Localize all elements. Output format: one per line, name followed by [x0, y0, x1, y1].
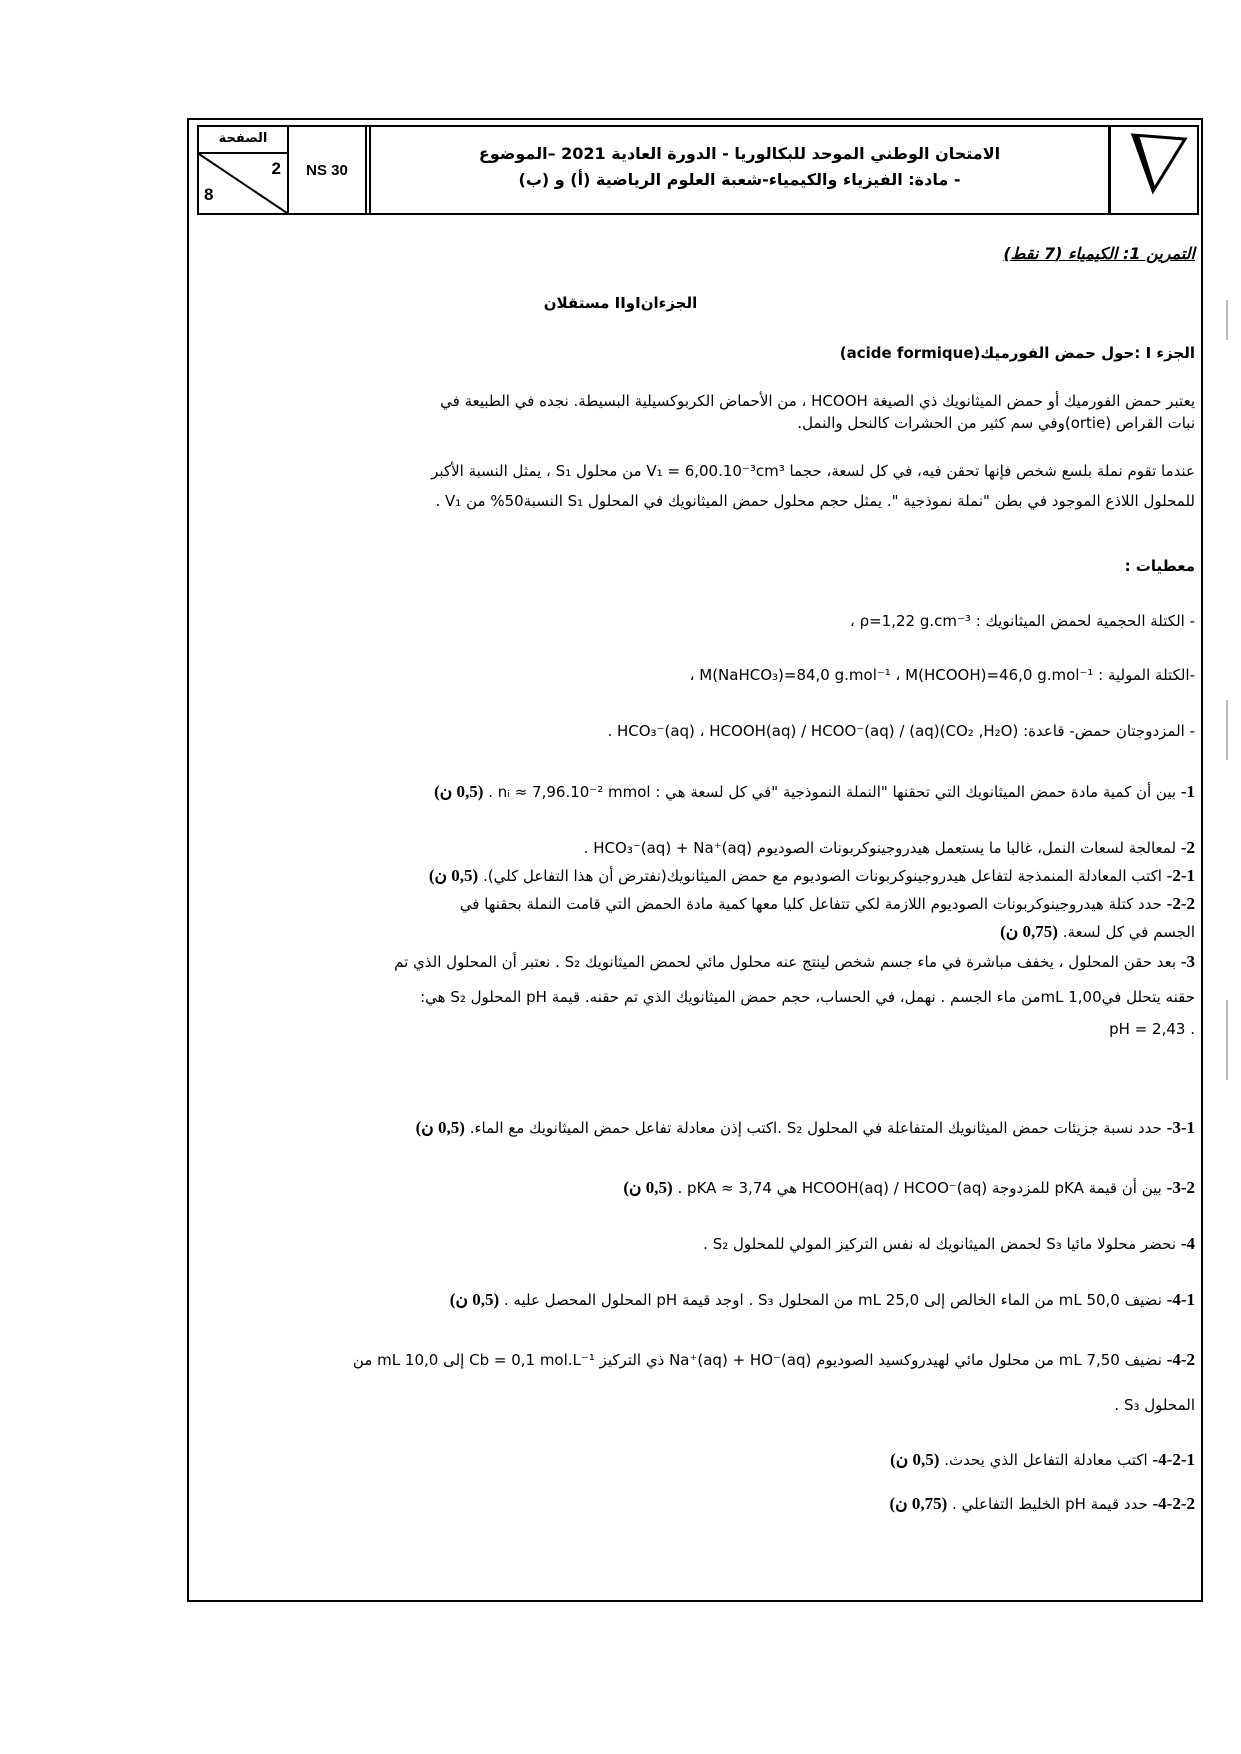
question-3-cont: حقنه يتحلل في1,00 mLمن ماء الجسم . نهمل،… [212, 988, 1195, 1006]
exam-title-line1: الامتحان الوطني الموحد للبكالوريا - الدو… [371, 141, 1108, 167]
points-badge: (0,5 ن) [416, 1118, 465, 1137]
exam-title-line2: - مادة: الفيزياء والكيمياء-شعبة العلوم ا… [371, 167, 1108, 193]
logo-box [1117, 127, 1197, 213]
question-2-2-cont: الجسم في كل لسعة. (0,75 ن) [212, 922, 1195, 942]
ant-paragraph-line-1: عندما تقوم نملة بلسع شخص فإنها تحقن فيه،… [212, 462, 1195, 480]
scan-artifact [1226, 1000, 1228, 1080]
points-badge: (0,5 ن) [623, 1178, 672, 1197]
intro-line-2: نبات القراص (ortie)وفي سم كثير من الحشرا… [212, 414, 1195, 432]
current-page-number: 2 [272, 159, 281, 179]
points-badge: (0,5 ن) [890, 1450, 939, 1469]
page-number-box: الصفحة 2 8 [199, 127, 289, 213]
question-2-1: 2-1- اكتب المعادلة المنمذجة لتفاعل هيدرو… [212, 866, 1195, 886]
scan-artifact [1226, 300, 1228, 340]
points-badge: (0,75 ن) [889, 1494, 947, 1513]
part1-title: الجزء I :حول حمض الفورميك(acide formique… [212, 344, 1195, 362]
data-acid-base-pairs: - المزدوجتان حمض- قاعدة: (CO₂ ,H₂O)(aq) … [212, 722, 1195, 740]
data-density: - الكتلة الحجمية لحمض الميثانويك : ρ=1,2… [212, 612, 1195, 630]
points-badge: (0,75 ن) [1000, 922, 1058, 941]
question-4-2-1: 4-2-1- اكتب معادلة التفاعل الذي يحدث. (0… [212, 1450, 1195, 1470]
page-label: الصفحة [199, 127, 287, 154]
question-4-2-2: 4-2-2- حدد قيمة pH الخليط التفاعلي . (0,… [212, 1494, 1195, 1514]
question-2-2: 2-2- حدد كتلة هيدروجينوكربونات الصوديوم … [212, 894, 1195, 914]
total-pages-number: 8 [204, 185, 213, 205]
question-3: 3- بعد حقن المحلول ، يخفف مباشرة في ماء … [212, 952, 1195, 972]
points-badge: (0,5 ن) [450, 1290, 499, 1309]
page-frame [187, 118, 1203, 1602]
points-badge: (0,5 ن) [429, 866, 478, 885]
checkmark-logo-icon [1123, 131, 1193, 209]
ant-paragraph-line-2: للمحلول اللاذع الموجود في بطن "نملة نموذ… [212, 492, 1195, 510]
question-3-1: 3-1- حدد نسبة جزيئات حمض الميثانويك المت… [212, 1118, 1195, 1138]
intro-line-1: يعتبر حمض الفورميك أو حمض الميثانويك ذي … [212, 392, 1195, 410]
data-molar-mass: -الكتلة المولية : M(NaHCO₃)=84,0 g.mol⁻¹… [212, 666, 1195, 684]
points-badge: (0,5 ن) [434, 782, 483, 801]
exercise-title: التمرين 1: الكيمياء (7 نقط) [212, 244, 1195, 263]
exam-code: NS 30 [289, 127, 371, 213]
question-4-2-cont: المحلول S₃ . [212, 1396, 1195, 1414]
exam-title: الامتحان الوطني الموحد للبكالوريا - الدو… [371, 127, 1111, 213]
parts-independent-note: الجزءانIوII مستقلان [400, 294, 841, 312]
question-3-ph: . pH = 2,43 [212, 1020, 1195, 1038]
question-4: 4- نحضر محلولا مائيا S₃ لحمض الميثانويك … [212, 1234, 1195, 1254]
exam-header: الصفحة 2 8 NS 30 الامتحان الوطني الموحد … [197, 125, 1199, 215]
question-4-2: 4-2- نضيف 7,50 mL من محلول مائي لهيدروكس… [212, 1350, 1195, 1370]
question-3-2: 3-2- بين أن قيمة pKA للمزدوجة HCOOH(aq) … [212, 1178, 1195, 1198]
question-1: 1- بين أن كمية مادة حمض الميثانويك التي … [212, 782, 1195, 802]
data-heading: معطيات : [212, 557, 1195, 575]
question-4-1: 4-1- نضيف 50,0 mL من الماء الخالص إلى 25… [212, 1290, 1195, 1310]
scan-artifact [1226, 700, 1228, 760]
question-2: 2- لمعالجة لسعات النمل، غالبا ما يستعمل … [212, 838, 1195, 858]
